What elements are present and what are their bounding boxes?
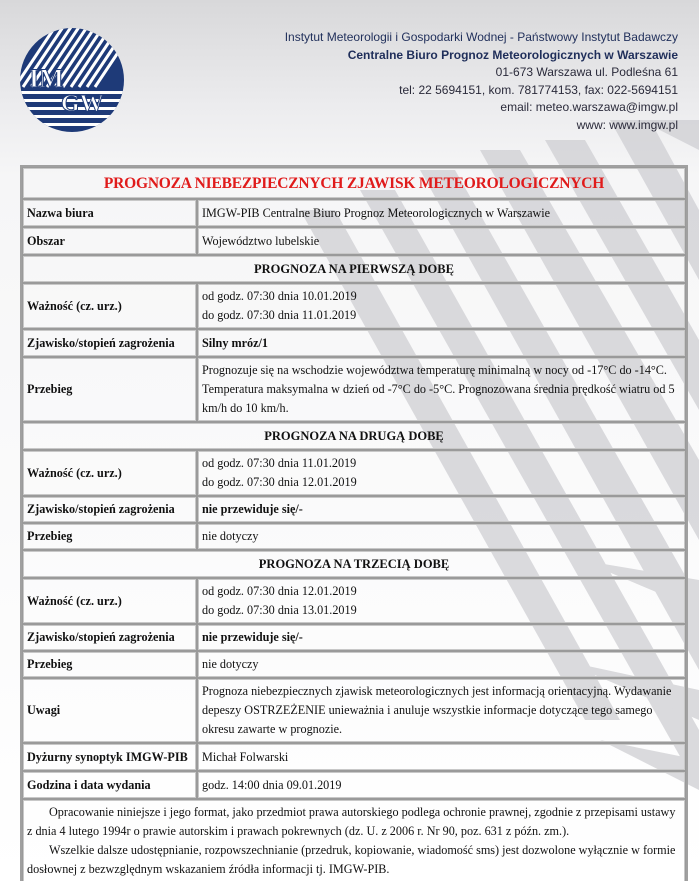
table-row: Ważność (cz. urz.) od godz. 07:30 dnia 1… xyxy=(22,450,686,496)
day2-validity-value: od godz. 07:30 dnia 11.01.2019 do godz. … xyxy=(197,450,686,496)
distribution-notice: Wszelkie dalsze udostępnianie, rozpowsze… xyxy=(27,841,681,879)
day2-validity-from: od godz. 07:30 dnia 11.01.2019 xyxy=(202,454,681,473)
institute-header: Instytut Meteorologii i Gospodarki Wodne… xyxy=(285,29,678,134)
document-title: PROGNOZA NIEBEZPIECZNYCH ZJAWISK METEORO… xyxy=(22,167,686,199)
day2-phenomenon-value: nie przewiduje się/- xyxy=(197,496,686,523)
issued-label: Godzina i data wydania xyxy=(22,771,197,799)
table-row: Obszar Województwo lubelskie xyxy=(22,227,686,255)
warning-table: PROGNOZA NIEBEZPIECZNYCH ZJAWISK METEORO… xyxy=(20,165,688,881)
table-row: Zjawisko/stopień zagrożenia nie przewidu… xyxy=(22,624,686,651)
day3-validity-to: do godz. 07:30 dnia 13.01.2019 xyxy=(202,601,681,620)
day3-validity-value: od godz. 07:30 dnia 12.01.2019 do godz. … xyxy=(197,578,686,624)
area-label: Obszar xyxy=(22,227,197,255)
office-label: Nazwa biura xyxy=(22,199,197,227)
day1-phenomenon-label: Zjawisko/stopień zagrożenia xyxy=(22,329,197,357)
table-row: Godzina i data wydania godz. 14:00 dnia … xyxy=(22,771,686,799)
area-value: Województwo lubelskie xyxy=(197,227,686,255)
day1-validity-from: od godz. 07:30 dnia 10.01.2019 xyxy=(202,287,681,306)
day3-heading: PROGNOZA NA TRZECIĄ DOBĘ xyxy=(22,550,686,578)
day3-validity-label: Ważność (cz. urz.) xyxy=(22,578,197,624)
logo-text-gw: GW xyxy=(61,91,104,117)
table-row: Uwagi Prognoza niebezpiecznych zjawisk m… xyxy=(22,678,686,743)
day1-validity-label: Ważność (cz. urz.) xyxy=(22,283,197,329)
forecaster-value: Michał Folwarski xyxy=(197,743,686,771)
day1-phenomenon-value: Silny mróz/1 xyxy=(197,329,686,357)
day2-course-value: nie dotyczy xyxy=(197,523,686,550)
legal-footer: Opracowanie niniejsze i jego format, jak… xyxy=(22,799,686,881)
day2-phenomenon-label: Zjawisko/stopień zagrożenia xyxy=(22,496,197,523)
table-row: Nazwa biura IMGW-PIB Centralne Biuro Pro… xyxy=(22,199,686,227)
table-row: Przebieg nie dotyczy xyxy=(22,523,686,550)
website-link[interactable]: www: www.imgw.pl xyxy=(285,117,678,135)
day2-validity-label: Ważność (cz. urz.) xyxy=(22,450,197,496)
day2-course-label: Przebieg xyxy=(22,523,197,550)
issued-value: godz. 14:00 dnia 09.01.2019 xyxy=(197,771,686,799)
table-row: Zjawisko/stopień zagrożenia Silny mróz/1 xyxy=(22,329,686,357)
office-value: IMGW-PIB Centralne Biuro Prognoz Meteoro… xyxy=(197,199,686,227)
table-row: Przebieg Prognozuje się na wschodzie woj… xyxy=(22,357,686,422)
day1-course-value: Prognozuje się na wschodzie województwa … xyxy=(197,357,686,422)
remarks-value: Prognoza niebezpiecznych zjawisk meteoro… xyxy=(197,678,686,743)
copyright-notice: Opracowanie niniejsze i jego format, jak… xyxy=(27,803,681,841)
table-row: Dyżurny synoptyk IMGW-PIB Michał Folwars… xyxy=(22,743,686,771)
day1-heading: PROGNOZA NA PIERWSZĄ DOBĘ xyxy=(22,255,686,283)
day3-phenomenon-value: nie przewiduje się/- xyxy=(197,624,686,651)
email-link[interactable]: email: meteo.warszawa@imgw.pl xyxy=(285,99,678,117)
table-row: Przebieg nie dotyczy xyxy=(22,651,686,678)
forecaster-label: Dyżurny synoptyk IMGW-PIB xyxy=(22,743,197,771)
table-row: Ważność (cz. urz.) od godz. 07:30 dnia 1… xyxy=(22,283,686,329)
remarks-label: Uwagi xyxy=(22,678,197,743)
day1-validity-to: do godz. 07:30 dnia 11.01.2019 xyxy=(202,306,681,325)
phone: tel: 22 5694151, kom. 781774153, fax: 02… xyxy=(285,82,678,100)
imgw-logo: IM GW xyxy=(19,27,125,133)
logo-text-im: IM xyxy=(29,64,64,93)
day1-validity-value: od godz. 07:30 dnia 10.01.2019 do godz. … xyxy=(197,283,686,329)
day3-course-value: nie dotyczy xyxy=(197,651,686,678)
day2-validity-to: do godz. 07:30 dnia 12.01.2019 xyxy=(202,473,681,492)
bureau-name: Centralne Biuro Prognoz Meteorologicznyc… xyxy=(285,47,678,65)
day1-course-label: Przebieg xyxy=(22,357,197,422)
day2-heading: PROGNOZA NA DRUGĄ DOBĘ xyxy=(22,422,686,450)
day3-phenomenon-label: Zjawisko/stopień zagrożenia xyxy=(22,624,197,651)
institute-name: Instytut Meteorologii i Gospodarki Wodne… xyxy=(285,29,678,47)
table-row: Zjawisko/stopień zagrożenia nie przewidu… xyxy=(22,496,686,523)
address: 01-673 Warszawa ul. Podleśna 61 xyxy=(285,64,678,82)
table-row: Ważność (cz. urz.) od godz. 07:30 dnia 1… xyxy=(22,578,686,624)
day3-validity-from: od godz. 07:30 dnia 12.01.2019 xyxy=(202,582,681,601)
day3-course-label: Przebieg xyxy=(22,651,197,678)
